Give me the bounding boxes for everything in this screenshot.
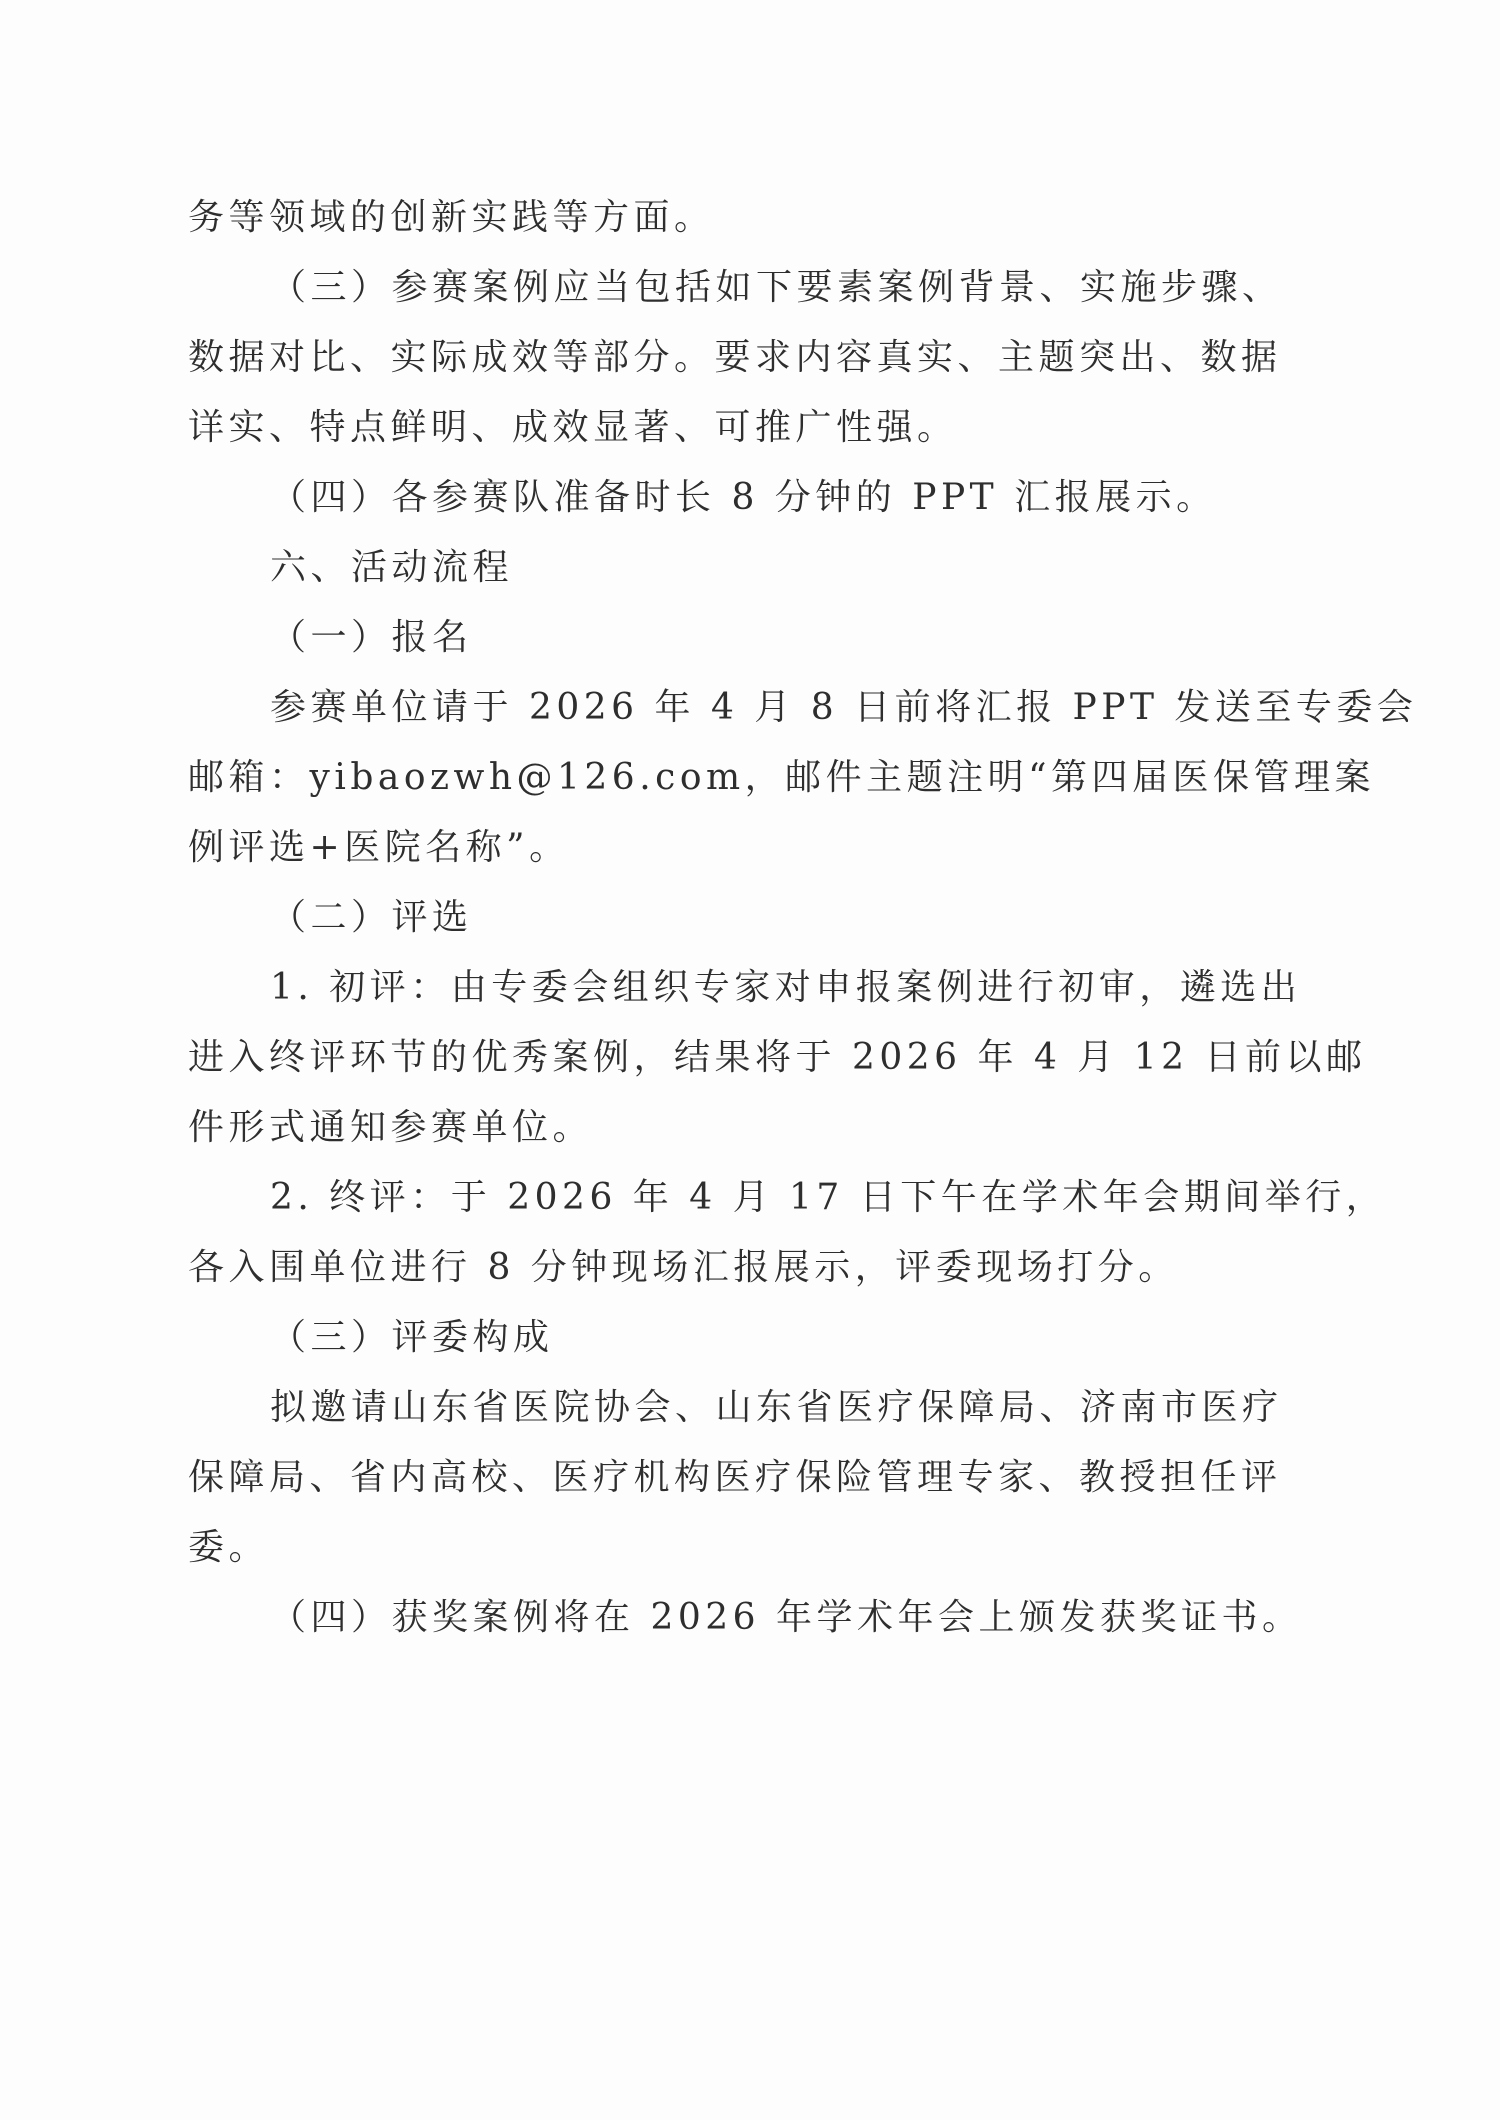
paragraph-line: （四）获奖案例将在 2026 年学术年会上颁发获奖证书。 xyxy=(270,1596,1303,1640)
paragraph-line: 1. 初评：由专委会组织专家对申报案例进行初审，遴选出 xyxy=(270,966,1301,1010)
paragraph-line: 各入围单位进行 8 分钟现场汇报展示，评委现场打分。 xyxy=(188,1246,1179,1290)
paragraph-line-email: 邮箱：yibaozwh@126.com，邮件主题注明“第四届医保管理案 xyxy=(188,756,1375,800)
paragraph-line: （四）各参赛队准备时长 8 分钟的 PPT 汇报展示。 xyxy=(270,476,1217,520)
paragraph-line: 务等领域的创新实践等方面。 xyxy=(188,196,715,240)
paragraph-line: 例评选+医院名称”。 xyxy=(188,826,570,870)
section-heading: 六、活动流程 xyxy=(270,546,513,590)
paragraph-line: 2. 终评：于 2026 年 4 月 17 日下午在学术年会期间举行， xyxy=(270,1176,1386,1220)
paragraph-line: 保障局、省内高校、医疗机构医疗保险管理专家、教授担任评 xyxy=(188,1456,1282,1500)
paragraph-line: 拟邀请山东省医院协会、山东省医疗保障局、济南市医疗 xyxy=(270,1386,1283,1430)
subsection-heading: （三）评委构成 xyxy=(270,1316,554,1360)
document-page: 务等领域的创新实践等方面。 （三）参赛案例应当包括如下要素案例背景、实施步骤、 … xyxy=(0,0,1500,2120)
subsection-heading: （一）报名 xyxy=(270,616,473,660)
paragraph-line: 参赛单位请于 2026 年 4 月 8 日前将汇报 PPT 发送至专委会 xyxy=(270,686,1417,730)
paragraph-line: 详实、特点鲜明、成效显著、可推广性强。 xyxy=(188,406,958,450)
paragraph-line: （三）参赛案例应当包括如下要素案例背景、实施步骤、 xyxy=(270,266,1283,310)
paragraph-line: 数据对比、实际成效等部分。要求内容真实、主题突出、数据 xyxy=(188,336,1282,380)
paragraph-line: 进入终评环节的优秀案例，结果将于 2026 年 4 月 12 日前以邮 xyxy=(188,1036,1367,1080)
paragraph-line: 件形式通知参赛单位。 xyxy=(188,1106,593,1150)
subsection-heading: （二）评选 xyxy=(270,896,473,940)
paragraph-line: 委。 xyxy=(188,1526,269,1570)
